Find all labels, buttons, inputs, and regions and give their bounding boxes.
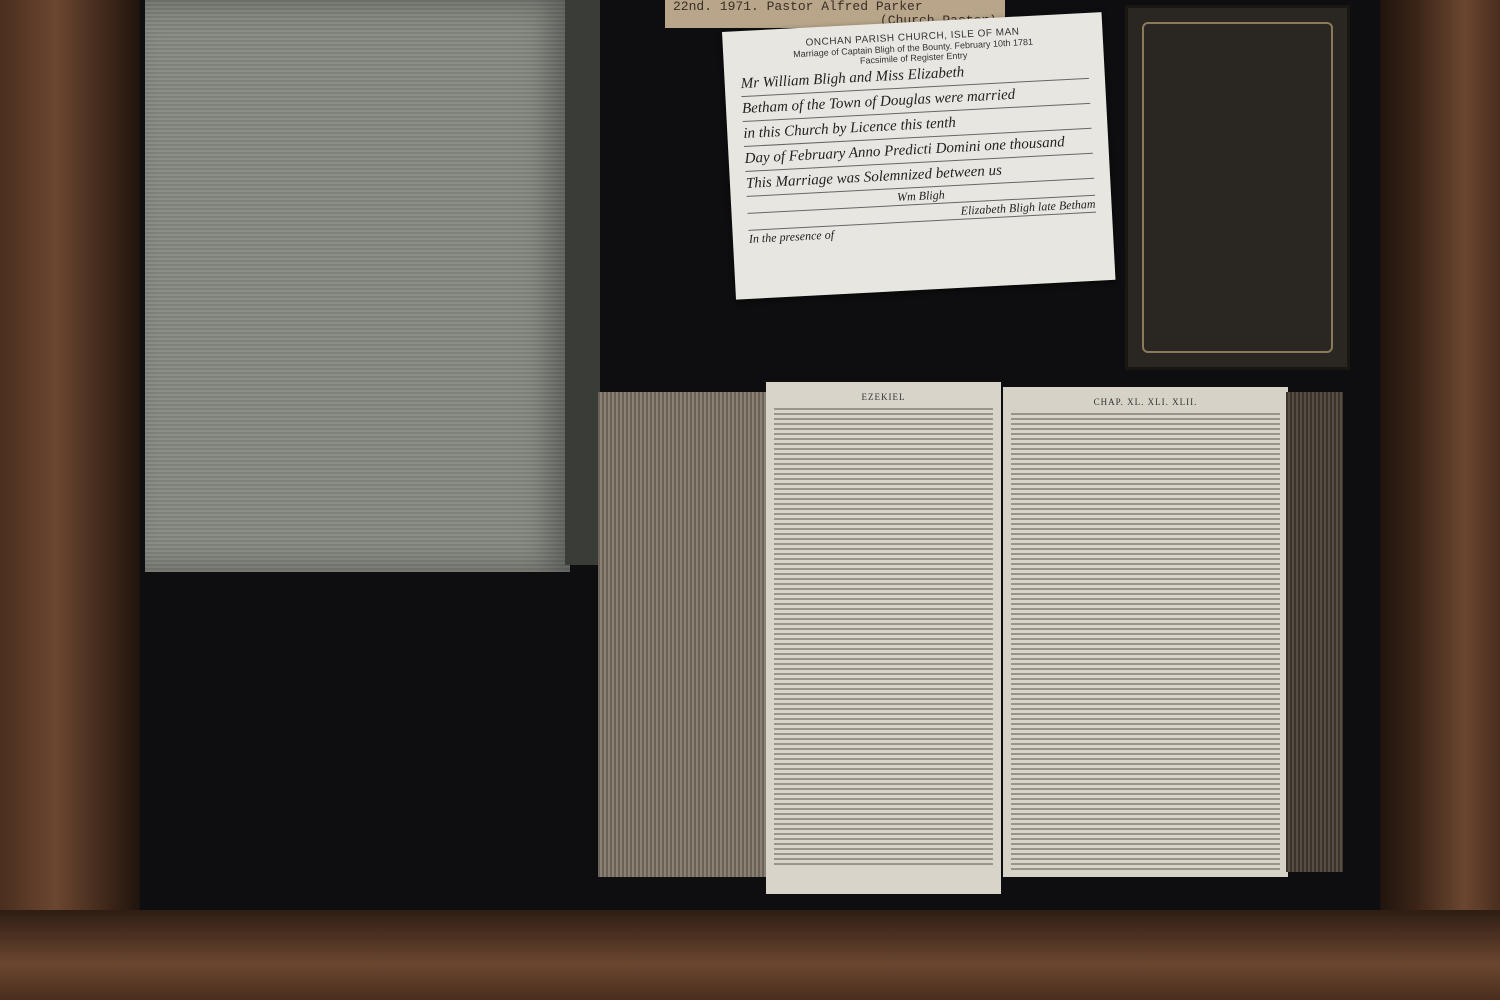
left-running-head: EZEKIEL: [774, 392, 993, 402]
frame-left-edge: [0, 0, 140, 1000]
grey-cloth-book: [145, 0, 570, 572]
marriage-register-card: ONCHAN PARISH CHURCH, ISLE OF MAN Marria…: [722, 12, 1116, 300]
decorated-black-book: [1125, 5, 1350, 370]
bible-left-page: EZEKIEL: [766, 382, 1001, 894]
frame-right-edge: [1380, 0, 1500, 1000]
right-running-head: CHAP. XL. XLI. XLII.: [1011, 397, 1280, 407]
frame-bottom-edge: [0, 910, 1500, 1000]
left-page-text: [774, 408, 993, 868]
bible-page-edges-left: [598, 392, 768, 877]
grey-book-spine: [565, 0, 600, 565]
bible-right-page: CHAP. XL. XLI. XLII.: [1003, 387, 1288, 877]
right-page-text: [1011, 413, 1280, 873]
open-bible: EZEKIEL CHAP. XL. XLI. XLII.: [598, 382, 1343, 897]
gilt-border-ornament: [1142, 22, 1333, 353]
label-line-1: 22nd. 1971. Pastor Alfred Parker: [673, 0, 997, 14]
bible-page-edges-right: [1286, 392, 1343, 872]
